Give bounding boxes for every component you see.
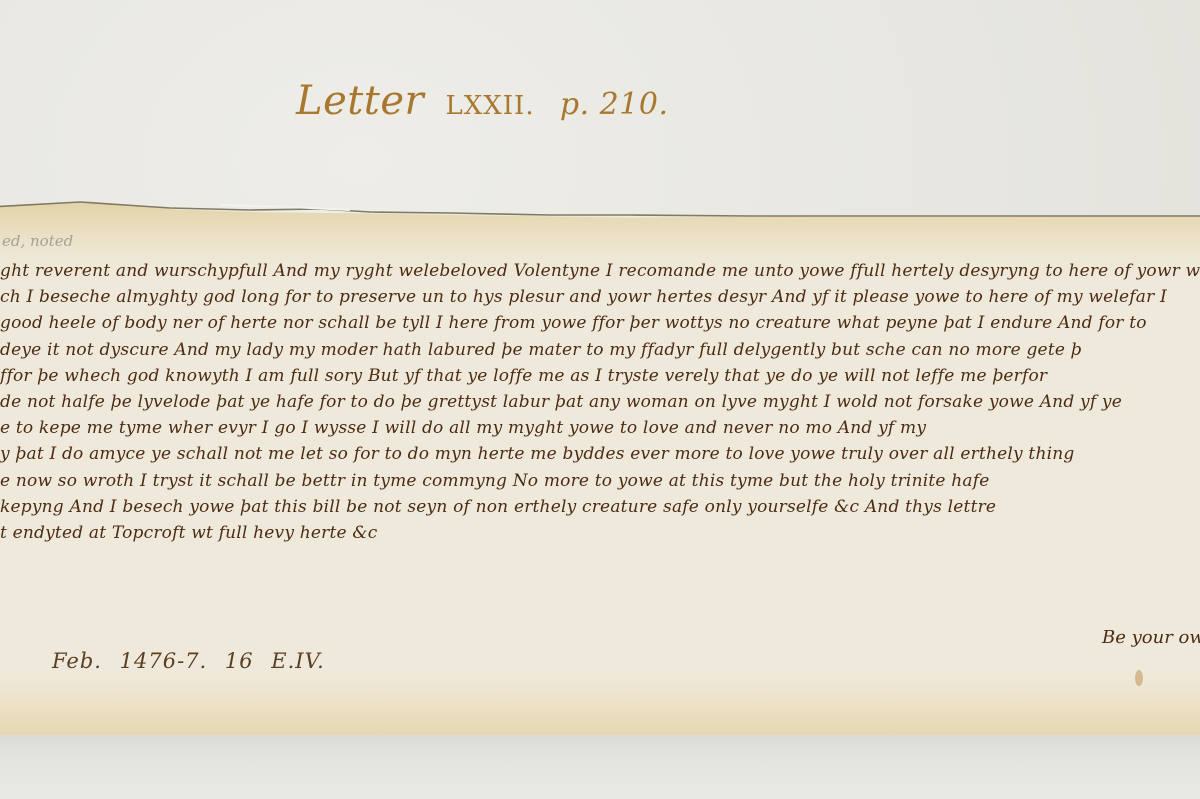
letter-line: e now so wroth I tryst it schall be bett…	[0, 468, 1200, 494]
heading-letter-number: LXXII.	[446, 91, 535, 121]
letter-line: ffor þe whech god knowyth I am full sory…	[0, 363, 1200, 389]
heading-letter-word: Letter	[296, 78, 424, 124]
letter-line: deye it not dyscure And my lady my moder…	[0, 337, 1200, 363]
letter-line: de not halfe þe lyvelode þat ye hafe for…	[0, 389, 1200, 415]
letter-line: kepyng And I besech yowe þat this bill b…	[0, 494, 1200, 520]
lower-mount-strip	[0, 735, 1200, 799]
letter-line: ght reverent and wurschypfull And my ryg…	[0, 258, 1200, 284]
signature-line: Be your ow	[1102, 627, 1200, 648]
ink-stain	[1135, 670, 1143, 686]
margin-pencil-note: ed, noted	[2, 232, 73, 250]
letter-line: e to kepe me tyme wher evyr I go I wysse…	[0, 415, 1200, 441]
letter-body: ght reverent and wurschypfull And my ryg…	[0, 258, 1200, 546]
letter-line: y þat I do amyce ye schall not me let so…	[0, 441, 1200, 467]
heading-page-reference: p. 210.	[560, 87, 669, 122]
letter-line: t endyted at Topcroft wt full hevy herte…	[0, 520, 1200, 546]
date-annotation: Feb. 1476-7. 16 E.IV.	[52, 649, 325, 673]
letter-line: good heele of body ner of herte nor scha…	[0, 310, 1200, 336]
archive-heading: Letter LXXII. p. 210.	[296, 78, 668, 124]
letter-line: ch I beseche almyghty god long for to pr…	[0, 284, 1200, 310]
